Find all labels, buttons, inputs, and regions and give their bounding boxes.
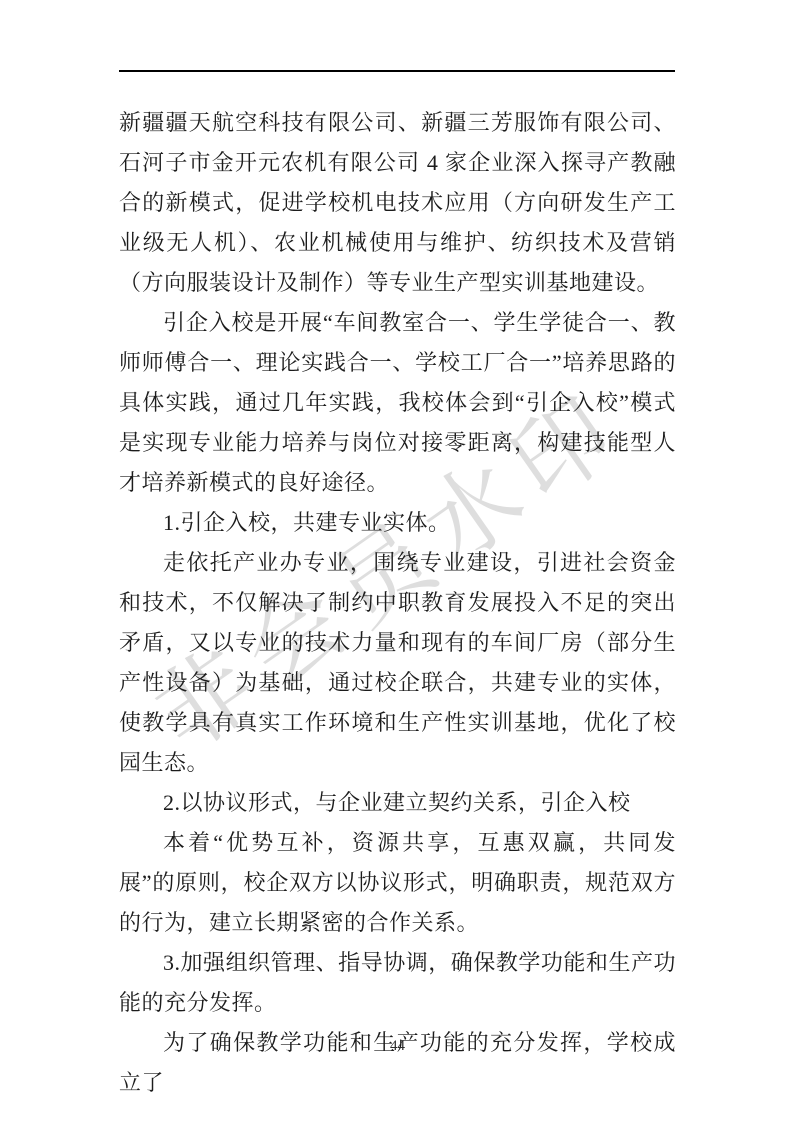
paragraph-1: 新疆疆天航空科技有限公司、新疆三芳服饰有限公司、石河子市金开元农机有限公司 4 … [119, 103, 676, 303]
paragraph-2: 引企入校是开展“车间教室合一、学生学徒合一、教师师傅合一、理论实践合一、学校工厂… [119, 303, 676, 503]
header-rule [119, 70, 675, 72]
paragraph-7: 3.加强组织管理、指导协调，确保教学功能和生产功能的充分发挥。 [119, 943, 676, 1023]
paragraph-4: 走依托产业办专业，围绕专业建设，引进社会资金和技术，不仅解决了制约中职教育发展投… [119, 543, 676, 783]
paragraph-6: 本着“优势互补，资源共享，互惠双赢，共同发展”的原则，校企双方以协议形式，明确职… [119, 823, 676, 943]
paragraph-3: 1.引企入校，共建专业实体。 [119, 503, 676, 543]
document-page: 非会员水印 新疆疆天航空科技有限公司、新疆三芳服饰有限公司、石河子市金开元农机有… [0, 0, 793, 1122]
document-body: 新疆疆天航空科技有限公司、新疆三芳服饰有限公司、石河子市金开元农机有限公司 4 … [119, 103, 676, 1103]
paragraph-8: 为了确保教学功能和生产功能的充分发挥，学校成立了 [119, 1023, 676, 1103]
paragraph-5: 2.以协议形式，与企业建立契约关系，引企入校 [119, 783, 676, 823]
page-number: 44 [119, 1038, 676, 1055]
